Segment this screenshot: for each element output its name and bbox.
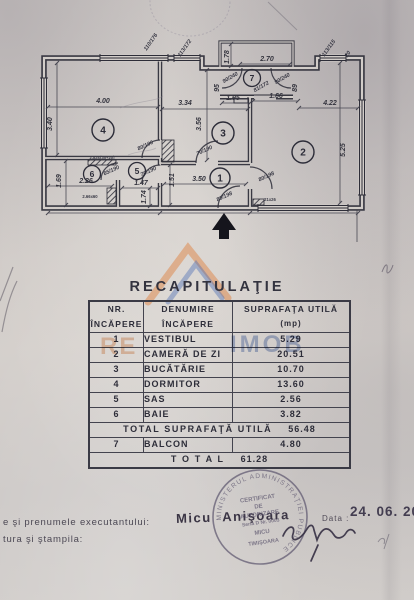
table-header-row: NR. DENUMIRE SUPRAFAŢA UTILĂ bbox=[89, 301, 350, 317]
table-row: 6 BAIE 3.82 bbox=[89, 408, 350, 423]
dimension-label: 3.56 bbox=[196, 117, 203, 131]
window-label: 110/176 bbox=[143, 32, 160, 52]
recap-table: NR. DENUMIRE SUPRAFAŢA UTILĂ ÎNCĂPERE ÎN… bbox=[88, 300, 351, 469]
table-row: 1 VESTIBUL 5.29 bbox=[89, 333, 350, 348]
cell-area: 5.29 bbox=[233, 333, 351, 348]
cell-area: 4.80 bbox=[233, 438, 351, 453]
table-header-row2: ÎNCĂPERE ÎNCĂPERE (mp) bbox=[89, 317, 350, 333]
door-label: 90/240 bbox=[222, 71, 240, 85]
cell-nr: 2 bbox=[89, 348, 144, 363]
cell-name: BALCON bbox=[144, 438, 233, 453]
dimension-label: 1.51 bbox=[169, 173, 176, 187]
dimension-lines bbox=[46, 42, 360, 242]
door-label: 80/198 bbox=[258, 170, 277, 183]
dimension-label: 3.40 bbox=[47, 117, 54, 131]
table-row: 3 BUCĂTĂRIE 10.70 bbox=[89, 363, 350, 378]
note-label: 2.66x60 bbox=[82, 194, 98, 199]
dimension-label: 1.66 bbox=[269, 93, 283, 100]
floorplan-drawing: 4.00 3.34 1.05 1.66 4.22 2.70 1.78 3.40 … bbox=[0, 0, 414, 242]
room-number-label: 7 bbox=[250, 73, 255, 83]
door-label: 70/190 bbox=[196, 145, 214, 158]
header-denumire: DENUMIRE bbox=[144, 301, 233, 317]
cell-name: SAS bbox=[144, 393, 233, 408]
dimension-label: 1.78 bbox=[224, 50, 231, 64]
room-number-label: 5 bbox=[135, 166, 140, 176]
table-row: 2 CAMERĂ DE ZI 20.51 bbox=[89, 348, 350, 363]
stamp-text: CERTIFICAT bbox=[240, 494, 276, 505]
recap-title: RECAPITULAŢIE bbox=[0, 279, 414, 295]
cell-area: 13.60 bbox=[233, 378, 351, 393]
table-row: 5 SAS 2.56 bbox=[89, 393, 350, 408]
entrance-arrow-icon bbox=[212, 213, 236, 239]
signature bbox=[270, 505, 380, 567]
note-label: 21x26 bbox=[264, 197, 276, 202]
pencil-mark bbox=[382, 265, 393, 273]
header-mp: (mp) bbox=[233, 317, 351, 333]
cell-area: 20.51 bbox=[233, 348, 351, 363]
dimension-label: 2.70 bbox=[259, 56, 274, 63]
door-label: 90/240 bbox=[274, 72, 292, 86]
subtotal-value: 56.48 bbox=[288, 425, 316, 435]
cell-nr: 6 bbox=[89, 408, 144, 423]
door-label: 80/190 bbox=[137, 140, 155, 153]
table-row: 4 DORMITOR 13.60 bbox=[89, 378, 350, 393]
dimension-label: 89 bbox=[292, 84, 299, 92]
note-label: 2.83x(35+20) bbox=[89, 155, 115, 160]
cell-name: DORMITOR bbox=[144, 378, 233, 393]
door-label: 65/190 bbox=[103, 165, 121, 178]
cell-name: BUCĂTĂRIE bbox=[144, 363, 233, 378]
signature-line: tura şi ştampila: bbox=[3, 534, 83, 545]
cell-area: 2.56 bbox=[233, 393, 351, 408]
room-number-label: 4 bbox=[100, 126, 106, 137]
dimension-label: 4.22 bbox=[322, 100, 337, 107]
cell-name: BAIE bbox=[144, 408, 233, 423]
cell-nr: 1 bbox=[89, 333, 144, 348]
cell-nr: 3 bbox=[89, 363, 144, 378]
executant-line: e şi prenumele executantului: bbox=[3, 517, 150, 528]
table-row: 7 BALCON 4.80 bbox=[89, 438, 350, 453]
cell-area: 10.70 bbox=[233, 363, 351, 378]
cell-name: CAMERĂ DE ZI bbox=[144, 348, 233, 363]
cell-nr: 5 bbox=[89, 393, 144, 408]
cell-name: VESTIBUL bbox=[144, 333, 233, 348]
cell-area: 3.82 bbox=[233, 408, 351, 423]
room-number-label: 6 bbox=[90, 169, 95, 179]
dimension-label: 1.05 bbox=[226, 95, 240, 102]
cell-nr: 4 bbox=[89, 378, 144, 393]
dimension-label: 1.69 bbox=[56, 174, 63, 188]
subtotal-label: TOTAL SUPRAFAŢĂ UTILĂ bbox=[123, 425, 272, 435]
stamp-text: MICU bbox=[254, 529, 270, 537]
header-incapere: ÎNCĂPERE bbox=[89, 317, 144, 333]
room-number-label: 2 bbox=[300, 148, 306, 159]
scanned-floorplan-document: 4.00 3.34 1.05 1.66 4.22 2.70 1.78 3.40 … bbox=[0, 0, 414, 600]
door-label: 81/172 bbox=[253, 80, 271, 94]
windows bbox=[40, 54, 366, 212]
subtotal-row: TOTAL SUPRAFAŢĂ UTILĂ 56.48 bbox=[89, 423, 350, 438]
header-nr: NR. bbox=[89, 301, 144, 317]
stamp-text: DE bbox=[254, 504, 263, 511]
cell-nr: 7 bbox=[89, 438, 144, 453]
dimension-label: 1.47 bbox=[134, 180, 149, 187]
dimension-label: 3.50 bbox=[192, 176, 206, 183]
dimension-label: 5.25 bbox=[340, 143, 347, 157]
room-number-label: 1 bbox=[217, 174, 223, 185]
dimension-label: 3.34 bbox=[178, 100, 192, 107]
dimension-label: 4.00 bbox=[95, 98, 110, 105]
door-label: 70/190 bbox=[140, 166, 158, 179]
header-suprafata: SUPRAFAŢA UTILĂ bbox=[233, 301, 351, 317]
pencil-mark bbox=[0, 267, 17, 332]
room-number-label: 3 bbox=[220, 129, 226, 140]
header-incapere2: ÎNCĂPERE bbox=[144, 317, 233, 333]
dimension-label: 1.74 bbox=[141, 190, 148, 204]
dimension-label: 95 bbox=[214, 84, 221, 92]
